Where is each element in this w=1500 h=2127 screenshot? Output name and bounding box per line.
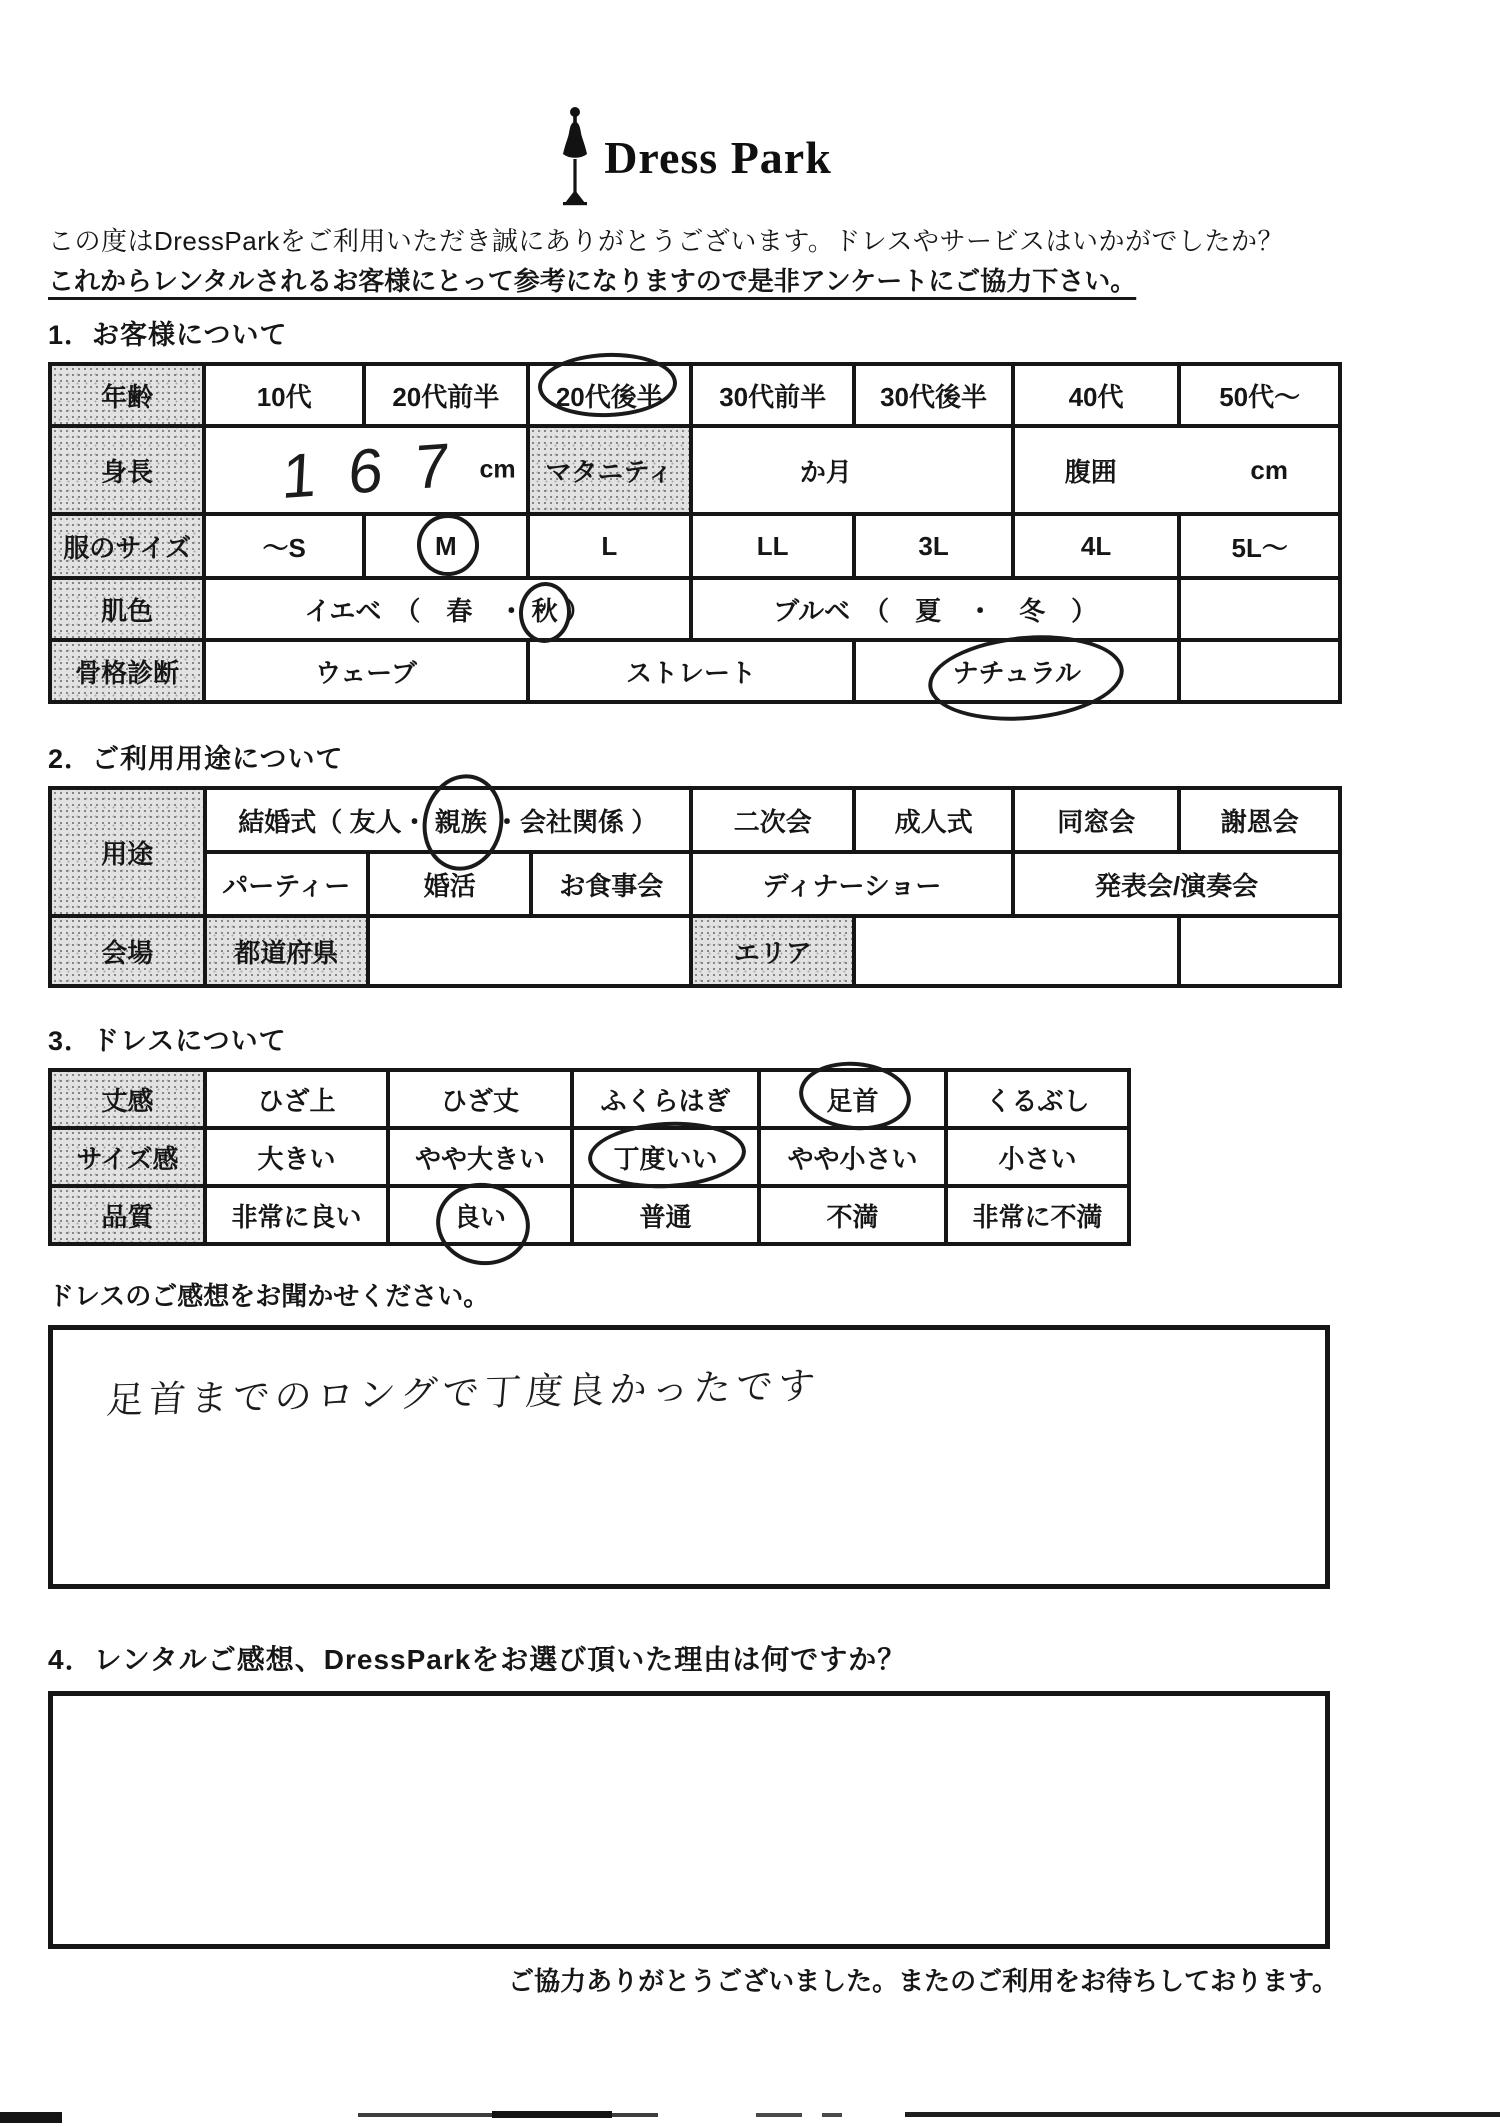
scan-artifact-line (756, 2113, 802, 2117)
empty-region (1179, 916, 1340, 986)
quality-option-cell: 非常に不満 (946, 1186, 1129, 1244)
yellow-base-cell: イエベ （ 春 ・ 秋 ） (204, 578, 691, 640)
age-option-cell: 30代前半 (691, 364, 854, 426)
intro-request-text: これからレンタルされるお客様にとって参考になりますので是非アンケートにご協力下さ… (48, 264, 1342, 298)
size-option-cell: ～S (204, 514, 364, 578)
usage-option-cell: パーティー (205, 852, 368, 916)
length-option-cell: ふくらはぎ (572, 1070, 759, 1128)
section1-heading: 1．お客様について (48, 318, 1342, 352)
girth-cell: 腹囲 cm (1013, 426, 1340, 514)
age-option-cell: 40代 (1013, 364, 1180, 426)
fit-option-cell: やや小さい (759, 1128, 946, 1186)
skeleton-option-cell: ウェーブ (204, 640, 527, 702)
footer-thanks-text: ご協力ありがとうございました。またのご利用をお待ちしております。 (48, 1961, 1342, 1998)
quality-option-cell: 普通 (572, 1186, 759, 1244)
usage-option-cell: 成人式 (854, 788, 1013, 852)
skeleton-row-label: 骨格診断 (50, 640, 204, 702)
size-option-cell-selected: M (364, 514, 528, 578)
fit-row: サイズ感 大きい やや大きい 丁度いい やや小さい 小さい (50, 1128, 1129, 1186)
handwritten-height-value: 167 (281, 427, 484, 512)
height-row: 身長 167 cm マタニティ か月 腹囲 cm (50, 426, 1340, 514)
skin-tone-row: 肌色 イエベ （ 春 ・ 秋 ） ブルベ （ 夏 ・ 冬 ） (50, 578, 1340, 640)
size-row-label: 服のサイズ (50, 514, 204, 578)
skeleton-option-label: ナチュラル (953, 658, 1081, 688)
usage-row-2: パーティー 婚活 お食事会 ディナーショー 発表会/演奏会 (50, 852, 1340, 916)
skeleton-option-cell-selected: ナチュラル (854, 640, 1179, 702)
usage-option-cell: 婚活 (368, 852, 531, 916)
size-option-label: M (435, 531, 457, 561)
quality-option-cell: 非常に良い (205, 1186, 388, 1244)
quality-row: 品質 非常に良い 良い 普通 不満 非常に不満 (50, 1186, 1129, 1244)
quality-option-cell: 不満 (759, 1186, 946, 1244)
quality-option-label: 良い (454, 1202, 506, 1232)
usage-option-cell: 同窓会 (1013, 788, 1179, 852)
quality-row-label: 品質 (50, 1186, 205, 1244)
blue-base-cell: ブルベ （ 夏 ・ 冬 ） (691, 578, 1179, 640)
scan-artifact-line (905, 2112, 1500, 2117)
intro-text: この度はDressParkをご利用いただき誠にありがとうございます。ドレスやサー… (48, 224, 1342, 258)
prefecture-write-in-cell (368, 916, 691, 986)
skeleton-row: 骨格診断 ウェーブ ストレート ナチュラル (50, 640, 1340, 702)
maternity-label-cell: マタニティ (528, 426, 691, 514)
size-option-cell: 5L～ (1179, 514, 1340, 578)
clothing-size-row: 服のサイズ ～S M L LL 3L 4L 5L～ (50, 514, 1340, 578)
wedding-selected-option: 親族 (435, 802, 487, 839)
yellow-base-text: イエベ （ 春 ・ (304, 596, 524, 626)
venue-row: 会場 都道府県 エリア (50, 916, 1340, 986)
usage-option-cell: ディナーショー (691, 852, 1013, 916)
age-option-cell-selected: 20代後半 (528, 364, 691, 426)
dress-rating-table: 丈感 ひざ上 ひざ丈 ふくらはぎ 足首 くるぶし サイズ感 大きい やや大きい … (48, 1068, 1131, 1246)
girth-unit-label: cm (1250, 455, 1288, 486)
usage-option-cell: 発表会/演奏会 (1013, 852, 1340, 916)
size-option-cell: L (528, 514, 691, 578)
length-option-cell: ひざ丈 (388, 1070, 572, 1128)
size-option-cell: 3L (854, 514, 1012, 578)
fit-row-label: サイズ感 (50, 1128, 205, 1186)
dress-feedback-box: 足首までのロングで丁度良かったです (48, 1325, 1330, 1589)
brand-logo: Dress Park (48, 106, 1342, 206)
dress-form-mannequin-icon (558, 106, 592, 206)
height-row-label: 身長 (50, 426, 204, 514)
wedding-cell: 結婚式（ 友人・ 親族 ・会社関係 ） (205, 788, 691, 852)
yellow-base-close: ） (565, 596, 591, 626)
scan-artifact-line (492, 2111, 612, 2118)
length-row: 丈感 ひざ上 ひざ丈 ふくらはぎ 足首 くるぶし (50, 1070, 1129, 1128)
relatives-label: 親族 (435, 807, 487, 837)
scanned-survey-document: Dress Park この度はDressParkをご利用いただき誠にありがとうご… (0, 0, 1500, 2127)
section2-heading: 2．ご利用用途について (48, 742, 1342, 776)
fit-option-label: 丁度いい (613, 1144, 717, 1174)
length-row-label: 丈感 (50, 1070, 205, 1128)
skin-selected-option: 秋 (532, 591, 558, 628)
size-option-cell: LL (691, 514, 854, 578)
age-option-cell: 50代～ (1179, 364, 1340, 426)
quality-option-cell-selected: 良い (388, 1186, 572, 1244)
venue-row-label: 会場 (50, 916, 205, 986)
maternity-months-cell: か月 (691, 426, 1013, 514)
height-value-cell: 167 cm (204, 426, 527, 514)
empty-region (1179, 640, 1340, 702)
length-option-cell-selected: 足首 (759, 1070, 946, 1128)
age-option-label: 20代後半 (556, 382, 663, 412)
age-option-cell: 10代 (204, 364, 364, 426)
usage-option-cell: お食事会 (531, 852, 691, 916)
age-option-cell: 30代後半 (854, 364, 1012, 426)
fit-option-cell: 大きい (205, 1128, 388, 1186)
age-row-label: 年齢 (50, 364, 204, 426)
length-option-label: 足首 (826, 1086, 878, 1116)
fit-option-cell: やや大きい (388, 1128, 572, 1186)
usage-row-1: 用途 結婚式（ 友人・ 親族 ・会社関係 ） 二次会 成人式 同窓会 謝恩会 (50, 788, 1340, 852)
wedding-text-close: ・会社関係 ） (494, 807, 657, 837)
empty-region (1179, 578, 1340, 640)
customer-info-table: 年齢 10代 20代前半 20代後半 30代前半 30代後半 40代 50代～ … (48, 362, 1342, 704)
girth-label: 腹囲 (1065, 452, 1117, 489)
area-write-in-cell (854, 916, 1179, 986)
height-unit-label: cm (479, 456, 515, 485)
prefecture-label-cell: 都道府県 (205, 916, 368, 986)
usage-table: 用途 結婚式（ 友人・ 親族 ・会社関係 ） 二次会 成人式 同窓会 謝恩会 パ… (48, 786, 1342, 988)
usage-option-cell: 二次会 (691, 788, 854, 852)
fit-option-cell: 小さい (946, 1128, 1129, 1186)
age-option-cell: 20代前半 (364, 364, 528, 426)
length-option-cell: ひざ上 (205, 1070, 388, 1128)
skeleton-option-cell: ストレート (528, 640, 855, 702)
brand-name: Dress Park (604, 131, 832, 206)
length-option-cell: くるぶし (946, 1070, 1129, 1128)
scan-artifact-line (822, 2113, 842, 2117)
usage-option-cell: 謝恩会 (1179, 788, 1340, 852)
dress-feedback-prompt: ドレスのご感想をお聞かせください。 (48, 1276, 1342, 1313)
section4-heading: 4．レンタルご感想、DressParkをお選び頂いた理由は何ですか？ (48, 1643, 1342, 1677)
skin-row-label: 肌色 (50, 578, 204, 640)
section3-heading: 3．ドレスについて (48, 1024, 1342, 1058)
handwritten-feedback-text: 足首までのロングで丁度良かったです (105, 1344, 1327, 1424)
autumn-label: 秋 (532, 596, 558, 626)
usage-row-label: 用途 (50, 788, 205, 916)
wedding-text: 結婚式（ 友人・ (238, 807, 427, 837)
scan-artifact-blob (0, 2112, 62, 2123)
age-row: 年齢 10代 20代前半 20代後半 30代前半 30代後半 40代 50代～ (50, 364, 1340, 426)
girth-labels: 腹囲 cm (1015, 452, 1338, 489)
size-option-cell: 4L (1013, 514, 1180, 578)
fit-option-cell-selected: 丁度いい (572, 1128, 759, 1186)
area-label-cell: エリア (691, 916, 854, 986)
rental-feedback-box (48, 1691, 1330, 1949)
